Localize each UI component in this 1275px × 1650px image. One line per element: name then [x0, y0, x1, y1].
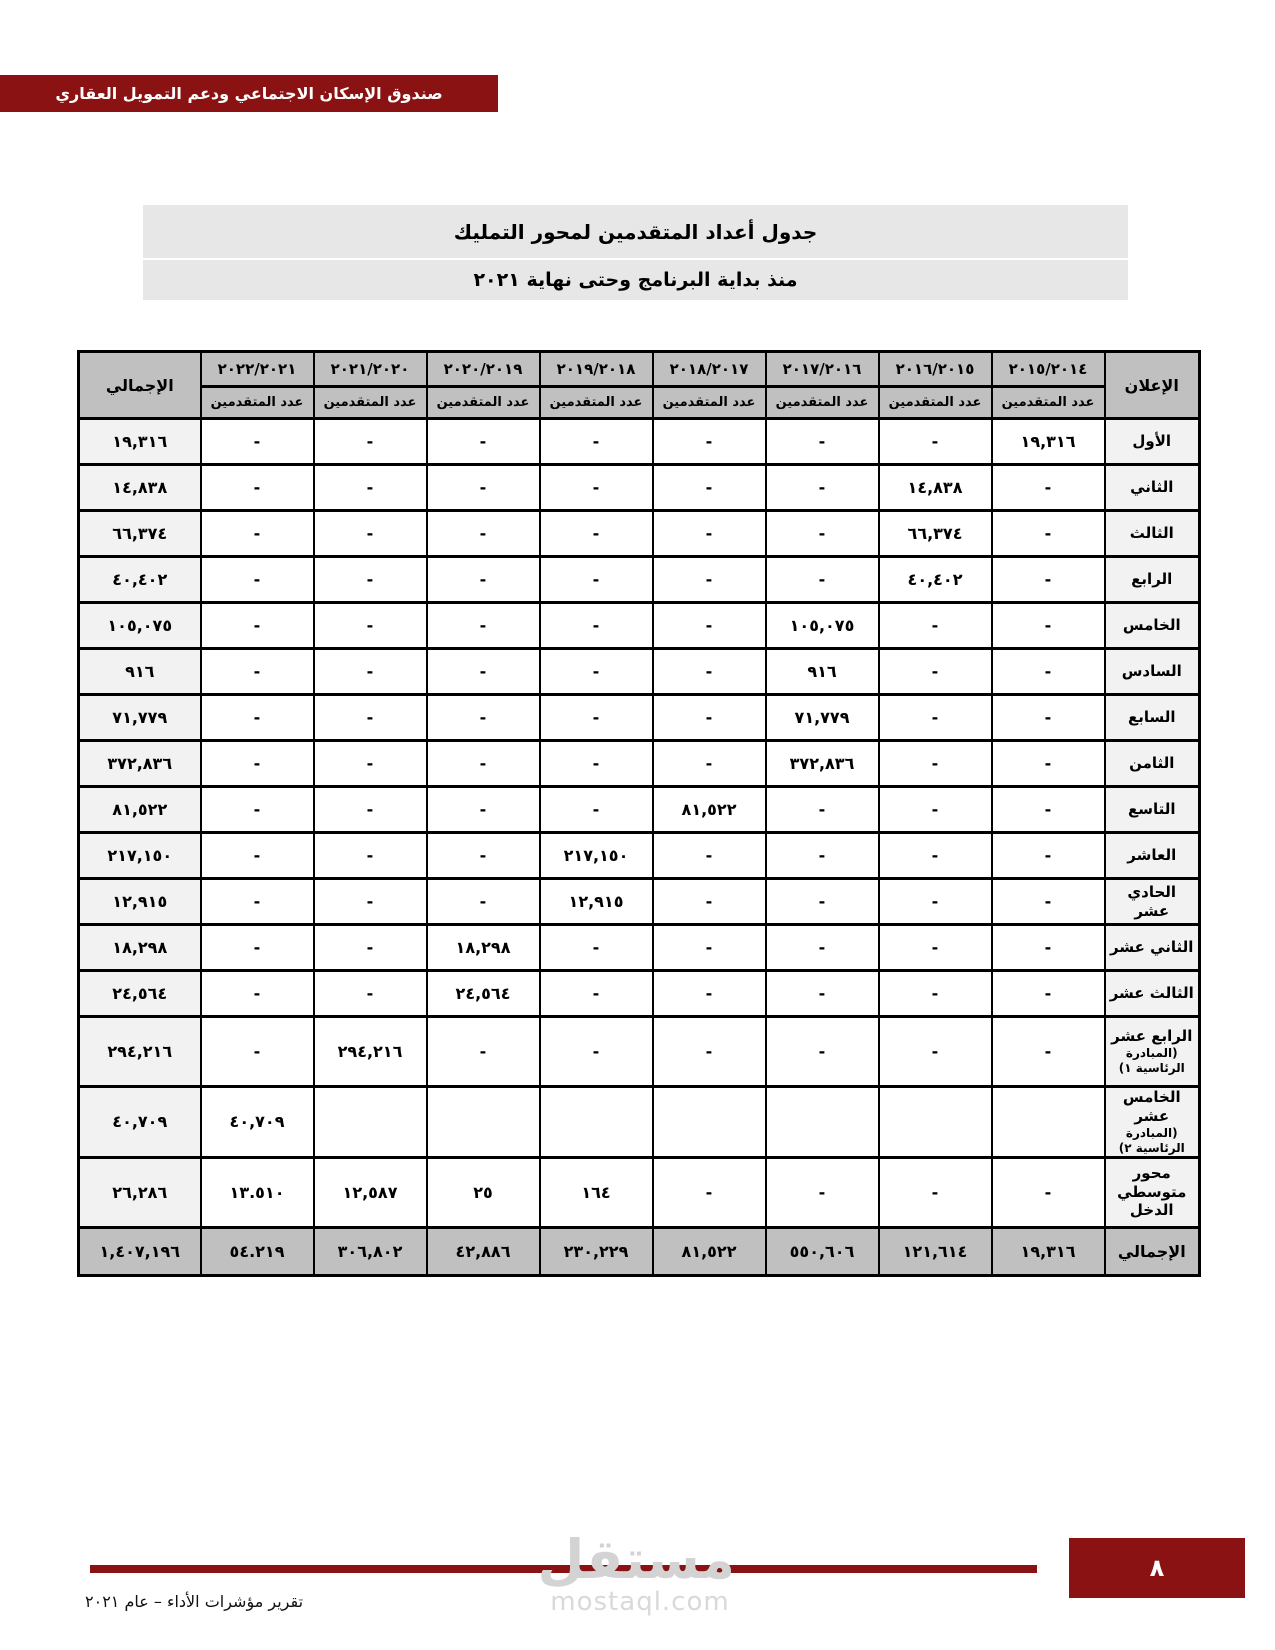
- cell-value: -: [653, 741, 766, 787]
- cell-value: [653, 1087, 766, 1158]
- cell-value: -: [314, 879, 427, 925]
- cell-value: -: [427, 603, 540, 649]
- row-total: ١٢,٩١٥: [79, 879, 201, 925]
- subheader-cell-3: عدد المتقدمين: [653, 387, 766, 419]
- cell-value: -: [314, 741, 427, 787]
- row-label: الثامن: [1105, 741, 1200, 787]
- cell-value: -: [201, 741, 314, 787]
- cell-value: -: [653, 925, 766, 971]
- cell-value: -: [992, 511, 1105, 557]
- cell-value: -: [201, 649, 314, 695]
- cell-value: -: [201, 925, 314, 971]
- cell-value: -: [201, 695, 314, 741]
- cell-value: -: [427, 741, 540, 787]
- title-text-2: منذ بداية البرنامج وحتى نهاية ٢٠٢١: [473, 269, 797, 291]
- table-row-13: الرابع عشر(المبادرة الرئاسية ١)------٢٩٤…: [79, 1017, 1200, 1087]
- cell-value: -: [879, 695, 992, 741]
- cell-value: -: [540, 465, 653, 511]
- year-header-3: ٢٠١٨/٢٠١٧: [653, 352, 766, 387]
- cell-value: -: [992, 971, 1105, 1017]
- table-row-4: الخامس--١٠٥,٠٧٥-----١٠٥,٠٧٥: [79, 603, 1200, 649]
- table-row-15: محور متوسطيالدخل----١٦٤٢٥١٢,٥٨٧١٣.٥١٠٢٦,…: [79, 1157, 1200, 1227]
- cell-value: -: [766, 1157, 879, 1227]
- cell-value: -: [766, 833, 879, 879]
- cell-value: ١٨,٢٩٨: [427, 925, 540, 971]
- year-header-2: ٢٠١٧/٢٠١٦: [766, 352, 879, 387]
- row-label: الثاني: [1105, 465, 1200, 511]
- grand-total-label: الإجمالي: [1105, 1227, 1200, 1275]
- subheader-cell-4: عدد المتقدمين: [540, 387, 653, 419]
- grand-total-sum: ١,٤٠٧,١٩٦: [79, 1227, 201, 1275]
- cell-value: [427, 1087, 540, 1158]
- cell-value: ٩١٦: [766, 649, 879, 695]
- table-row-11: الثاني عشر-----١٨,٢٩٨--١٨,٢٩٨: [79, 925, 1200, 971]
- applicants-table: الإعلان٢٠١٥/٢٠١٤٢٠١٦/٢٠١٥٢٠١٧/٢٠١٦٢٠١٨/٢…: [77, 350, 1201, 1277]
- cell-value: -: [540, 557, 653, 603]
- cell-value: -: [766, 787, 879, 833]
- cell-value: -: [653, 603, 766, 649]
- cell-value: ٧١,٧٧٩: [766, 695, 879, 741]
- row-label: الأول: [1105, 419, 1200, 465]
- cell-value: -: [314, 511, 427, 557]
- cell-value: -: [766, 511, 879, 557]
- table-row-7: الثامن--٣٧٢,٨٣٦-----٣٧٢,٨٣٦: [79, 741, 1200, 787]
- cell-value: -: [653, 465, 766, 511]
- cell-value: ٢٩٤,٢١٦: [314, 1017, 427, 1087]
- cell-value: -: [201, 557, 314, 603]
- brand-header-bar: صندوق الإسكان الاجتماعي ودعم التمويل الع…: [0, 75, 498, 112]
- cell-value: -: [879, 649, 992, 695]
- cell-value: ٤٠,٧٠٩: [201, 1087, 314, 1158]
- table-title-line2: منذ بداية البرنامج وحتى نهاية ٢٠٢١: [143, 260, 1128, 300]
- row-label: العاشر: [1105, 833, 1200, 879]
- grand-total-value: ٨١,٥٢٢: [653, 1227, 766, 1275]
- year-header-1: ٢٠١٦/٢٠١٥: [879, 352, 992, 387]
- cell-value: -: [879, 1017, 992, 1087]
- watermark-arabic-logo: مستقل: [545, 1533, 735, 1587]
- header-row-years: الإعلان٢٠١٥/٢٠١٤٢٠١٦/٢٠١٥٢٠١٧/٢٠١٦٢٠١٨/٢…: [79, 352, 1200, 387]
- row-label-line2: (المبادرة الرئاسية ١): [1108, 1046, 1197, 1076]
- row-total: ٤٠,٤٠٢: [79, 557, 201, 603]
- subheader-cell-7: عدد المتقدمين: [201, 387, 314, 419]
- cell-value: ٢٤,٥٦٤: [427, 971, 540, 1017]
- table-row-6: السابع--٧١,٧٧٩-----٧١,٧٧٩: [79, 695, 1200, 741]
- cell-value: -: [201, 971, 314, 1017]
- cell-value: -: [992, 557, 1105, 603]
- document-page: { "header": { "brand": "صندوق الإسكان ال…: [0, 0, 1275, 1650]
- cell-value: -: [653, 511, 766, 557]
- subheader-cell-1: عدد المتقدمين: [879, 387, 992, 419]
- cell-value: -: [766, 465, 879, 511]
- cell-value: -: [653, 419, 766, 465]
- cell-value: -: [540, 603, 653, 649]
- cell-value: -: [427, 465, 540, 511]
- cell-value: -: [766, 971, 879, 1017]
- row-label: السادس: [1105, 649, 1200, 695]
- cell-value: -: [314, 465, 427, 511]
- page-number: ٨: [1150, 1554, 1165, 1582]
- row-total: ١٠٥,٠٧٥: [79, 603, 201, 649]
- cell-value: -: [766, 879, 879, 925]
- row-total: ٦٦,٣٧٤: [79, 511, 201, 557]
- row-total: ١٤,٨٣٨: [79, 465, 201, 511]
- row-label-line2: (المبادرة الرئاسية ٢): [1108, 1126, 1197, 1156]
- row-total: ٧١,٧٧٩: [79, 695, 201, 741]
- year-header-4: ٢٠١٩/٢٠١٨: [540, 352, 653, 387]
- cell-value: -: [766, 557, 879, 603]
- table-row-14: الخامس عشر(المبادرة الرئاسية ٢)٤٠,٧٠٩٤٠,…: [79, 1087, 1200, 1158]
- cell-value: -: [992, 465, 1105, 511]
- page-number-box: ٨: [1069, 1538, 1245, 1598]
- cell-value: -: [766, 419, 879, 465]
- cell-value: -: [653, 649, 766, 695]
- watermark-domain: mostaql.com: [545, 1589, 735, 1615]
- cell-value: -: [314, 833, 427, 879]
- year-header-6: ٢٠٢١/٢٠٢٠: [314, 352, 427, 387]
- cell-value: -: [201, 1017, 314, 1087]
- row-total: ٨١,٥٢٢: [79, 787, 201, 833]
- row-label: الخامس: [1105, 603, 1200, 649]
- cell-value: ١٦٤: [540, 1157, 653, 1227]
- subheader-cell-2: عدد المتقدمين: [766, 387, 879, 419]
- table-row-9: العاشر----٢١٧,١٥٠---٢١٧,١٥٠: [79, 833, 1200, 879]
- cell-value: -: [427, 511, 540, 557]
- watermark: مستقل mostaql.com: [545, 1533, 735, 1615]
- cell-value: -: [314, 557, 427, 603]
- row-label: الثاني عشر: [1105, 925, 1200, 971]
- cell-value: -: [766, 1017, 879, 1087]
- cell-value: [879, 1087, 992, 1158]
- cell-value: -: [653, 971, 766, 1017]
- cell-value: -: [879, 925, 992, 971]
- cell-value: -: [201, 511, 314, 557]
- cell-value: [314, 1087, 427, 1158]
- row-label: الحادي عشر: [1105, 879, 1200, 925]
- title-text-1: جدول أعداد المتقدمين لمحور التمليك: [454, 220, 818, 244]
- cell-value: -: [540, 1017, 653, 1087]
- cell-value: -: [992, 649, 1105, 695]
- table-row-8: التاسع---٨١,٥٢٢----٨١,٥٢٢: [79, 787, 1200, 833]
- cell-value: ٨١,٥٢٢: [653, 787, 766, 833]
- cell-value: -: [540, 419, 653, 465]
- cell-value: -: [427, 695, 540, 741]
- cell-value: -: [427, 557, 540, 603]
- cell-value: -: [201, 879, 314, 925]
- row-label: الثالث: [1105, 511, 1200, 557]
- table-row-5: السادس--٩١٦-----٩١٦: [79, 649, 1200, 695]
- grand-total-value: ٥٥٠,٦٠٦: [766, 1227, 879, 1275]
- cell-value: -: [314, 695, 427, 741]
- cell-value: -: [314, 649, 427, 695]
- footer-note: تقرير مؤشرات الأداء – عام ٢٠٢١: [85, 1592, 303, 1611]
- cell-value: -: [201, 833, 314, 879]
- cell-value: -: [992, 833, 1105, 879]
- cell-value: -: [992, 1157, 1105, 1227]
- cell-value: ١٣.٥١٠: [201, 1157, 314, 1227]
- header-row-subheaders: عدد المتقدمينعدد المتقدمينعدد المتقدمينع…: [79, 387, 1200, 419]
- cell-value: -: [992, 1017, 1105, 1087]
- grand-total-row: الإجمالي١٩,٣١٦١٢١,٦١٤٥٥٠,٦٠٦٨١,٥٢٢٢٣٠,٢٢…: [79, 1227, 1200, 1275]
- cell-value: [766, 1087, 879, 1158]
- cell-value: -: [992, 695, 1105, 741]
- cell-value: -: [766, 925, 879, 971]
- cell-value: -: [314, 925, 427, 971]
- row-total: ١٩,٣١٦: [79, 419, 201, 465]
- row-total: ٢٩٤,٢١٦: [79, 1017, 201, 1087]
- cell-value: -: [427, 649, 540, 695]
- cell-value: -: [879, 1157, 992, 1227]
- cell-value: -: [540, 925, 653, 971]
- cell-value: ٣٧٢,٨٣٦: [766, 741, 879, 787]
- cell-value: -: [540, 511, 653, 557]
- table-row-2: الثالث-٦٦,٣٧٤------٦٦,٣٧٤: [79, 511, 1200, 557]
- row-label-line2: الدخل: [1108, 1201, 1197, 1220]
- grand-total-value: ٣٠٦,٨٠٢: [314, 1227, 427, 1275]
- cell-value: -: [879, 603, 992, 649]
- cell-value: -: [879, 833, 992, 879]
- cell-value: -: [201, 787, 314, 833]
- cell-value: -: [879, 787, 992, 833]
- cell-value: -: [653, 1157, 766, 1227]
- cell-value: -: [540, 741, 653, 787]
- row-total: ٣٧٢,٨٣٦: [79, 741, 201, 787]
- cell-value: -: [427, 787, 540, 833]
- cell-value: -: [653, 557, 766, 603]
- row-label: السابع: [1105, 695, 1200, 741]
- cell-value: -: [540, 649, 653, 695]
- cell-value: -: [540, 695, 653, 741]
- cell-value: [540, 1087, 653, 1158]
- cell-value: -: [314, 971, 427, 1017]
- grand-total-value: ١٢١,٦١٤: [879, 1227, 992, 1275]
- cell-value: -: [314, 787, 427, 833]
- corner-header: الإعلان: [1105, 352, 1200, 419]
- cell-value: ١٤,٨٣٨: [879, 465, 992, 511]
- cell-value: -: [314, 603, 427, 649]
- brand-title: صندوق الإسكان الاجتماعي ودعم التمويل الع…: [55, 84, 442, 103]
- row-label: محور متوسطيالدخل: [1105, 1157, 1200, 1227]
- table-row-10: الحادي عشر----١٢,٩١٥---١٢,٩١٥: [79, 879, 1200, 925]
- subheader-cell-0: عدد المتقدمين: [992, 387, 1105, 419]
- year-header-5: ٢٠٢٠/٢٠١٩: [427, 352, 540, 387]
- cell-value: -: [427, 879, 540, 925]
- row-total: ٢٦,٢٨٦: [79, 1157, 201, 1227]
- grand-total-value: ٥٤.٢١٩: [201, 1227, 314, 1275]
- cell-value: ٦٦,٣٧٤: [879, 511, 992, 557]
- row-label: التاسع: [1105, 787, 1200, 833]
- grand-total-value: ٤٢,٨٨٦: [427, 1227, 540, 1275]
- cell-value: -: [879, 971, 992, 1017]
- cell-value: -: [653, 833, 766, 879]
- cell-value: ٢٥: [427, 1157, 540, 1227]
- cell-value: -: [540, 787, 653, 833]
- cell-value: -: [427, 419, 540, 465]
- table-row-0: الأول١٩,٣١٦-------١٩,٣١٦: [79, 419, 1200, 465]
- cell-value: -: [992, 741, 1105, 787]
- table-row-12: الثالث عشر-----٢٤,٥٦٤--٢٤,٥٦٤: [79, 971, 1200, 1017]
- cell-value: [992, 1087, 1105, 1158]
- cell-value: -: [653, 1017, 766, 1087]
- cell-value: ١٢,٥٨٧: [314, 1157, 427, 1227]
- table-title-line1: جدول أعداد المتقدمين لمحور التمليك: [143, 205, 1128, 258]
- subheader-cell-6: عدد المتقدمين: [314, 387, 427, 419]
- grand-total-value: ١٩,٣١٦: [992, 1227, 1105, 1275]
- cell-value: -: [653, 695, 766, 741]
- year-header-0: ٢٠١٥/٢٠١٤: [992, 352, 1105, 387]
- cell-value: -: [879, 741, 992, 787]
- row-total: ٩١٦: [79, 649, 201, 695]
- row-total: ٢١٧,١٥٠: [79, 833, 201, 879]
- cell-value: -: [201, 465, 314, 511]
- year-header-7: ٢٠٢٢/٢٠٢١: [201, 352, 314, 387]
- cell-value: -: [427, 833, 540, 879]
- cell-value: -: [992, 925, 1105, 971]
- cell-value: ١٠٥,٠٧٥: [766, 603, 879, 649]
- cell-value: -: [314, 419, 427, 465]
- subheader-cell-5: عدد المتقدمين: [427, 387, 540, 419]
- cell-value: -: [879, 419, 992, 465]
- cell-value: -: [540, 971, 653, 1017]
- cell-value: -: [653, 879, 766, 925]
- row-label: الثالث عشر: [1105, 971, 1200, 1017]
- cell-value: -: [992, 879, 1105, 925]
- cell-value: -: [427, 1017, 540, 1087]
- cell-value: ١٢,٩١٥: [540, 879, 653, 925]
- table-row-1: الثاني-١٤,٨٣٨------١٤,٨٣٨: [79, 465, 1200, 511]
- row-total: ٤٠,٧٠٩: [79, 1087, 201, 1158]
- row-total: ١٨,٢٩٨: [79, 925, 201, 971]
- applicants-table-container: الإعلان٢٠١٥/٢٠١٤٢٠١٦/٢٠١٥٢٠١٧/٢٠١٦٢٠١٨/٢…: [77, 350, 1201, 1277]
- row-label: الرابع: [1105, 557, 1200, 603]
- grand-total-value: ٢٣٠,٢٢٩: [540, 1227, 653, 1275]
- cell-value: ١٩,٣١٦: [992, 419, 1105, 465]
- cell-value: -: [992, 787, 1105, 833]
- table-row-3: الرابع-٤٠,٤٠٢------٤٠,٤٠٢: [79, 557, 1200, 603]
- cell-value: -: [201, 603, 314, 649]
- cell-value: -: [992, 603, 1105, 649]
- row-label: الخامس عشر(المبادرة الرئاسية ٢): [1105, 1087, 1200, 1158]
- cell-value: -: [879, 879, 992, 925]
- row-total: ٢٤,٥٦٤: [79, 971, 201, 1017]
- total-column-header: الإجمالي: [79, 352, 201, 419]
- cell-value: ٢١٧,١٥٠: [540, 833, 653, 879]
- cell-value: -: [201, 419, 314, 465]
- cell-value: ٤٠,٤٠٢: [879, 557, 992, 603]
- row-label: الرابع عشر(المبادرة الرئاسية ١): [1105, 1017, 1200, 1087]
